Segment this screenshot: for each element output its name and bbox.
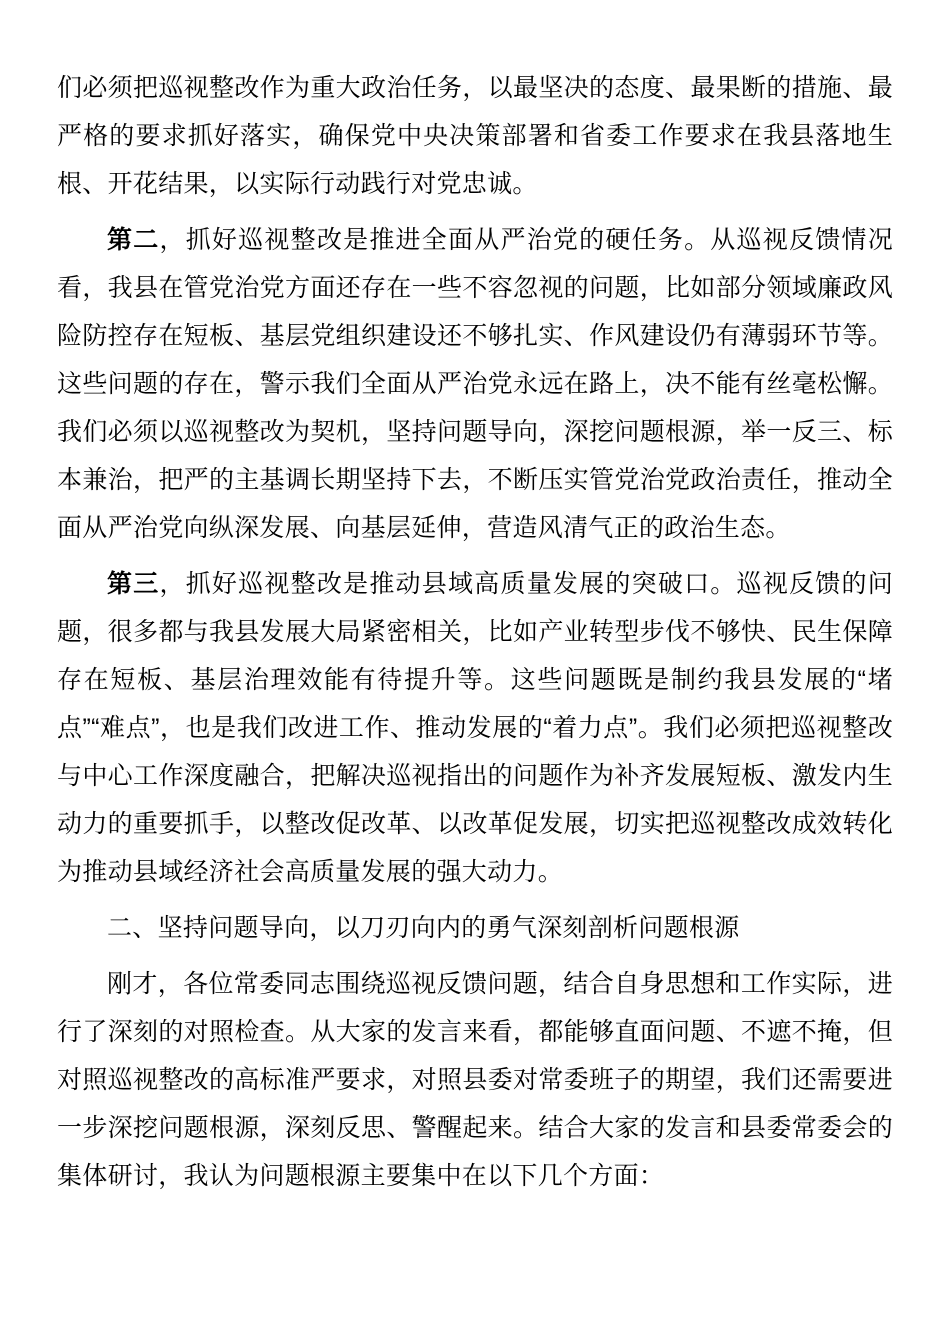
paragraph-transition: 刚才，各位常委同志围绕巡视反馈问题，结合自身思想和工作实际，进行了深刻的对照检查… [57,960,893,1200]
bold-text-run: 第三 [107,570,159,598]
text-run: 刚才，各位常委同志围绕巡视反馈问题，结合自身思想和工作实际，进行了深刻的对照检查… [57,970,893,1190]
paragraph-continued-from-previous-page: 们必须把巡视整改作为重大政治任务，以最坚决的态度、最果断的措施、最严格的要求抓好… [57,64,893,208]
section-heading-two: 二、坚持问题导向，以刀刃向内的勇气深刻剖析问题根源 [57,904,893,952]
paragraph-third-point: 第三，抓好巡视整改是推动县域高质量发展的突破口。巡视反馈的问题，很多都与我县发展… [57,560,893,896]
text-run: 们必须把巡视整改作为重大政治任务，以最坚决的态度、最果断的措施、最严格的要求抓好… [57,74,893,198]
bold-text-run: 第二 [107,226,159,254]
document-body: 们必须把巡视整改作为重大政治任务，以最坚决的态度、最果断的措施、最严格的要求抓好… [57,64,893,1200]
text-run: ，抓好巡视整改是推进全面从严治党的硬任务。从巡视反馈情况看，我县在管党治党方面还… [57,226,893,542]
paragraph-second-point: 第二，抓好巡视整改是推进全面从严治党的硬任务。从巡视反馈情况看，我县在管党治党方… [57,216,893,552]
document-page: 们必须把巡视整改作为重大政治任务，以最坚决的态度、最果断的措施、最严格的要求抓好… [0,0,950,1344]
text-run: ，抓好巡视整改是推动县域高质量发展的突破口。巡视反馈的问题，很多都与我县发展大局… [57,570,893,886]
text-run: 二、坚持问题导向，以刀刃向内的勇气深刻剖析问题根源 [107,914,740,942]
